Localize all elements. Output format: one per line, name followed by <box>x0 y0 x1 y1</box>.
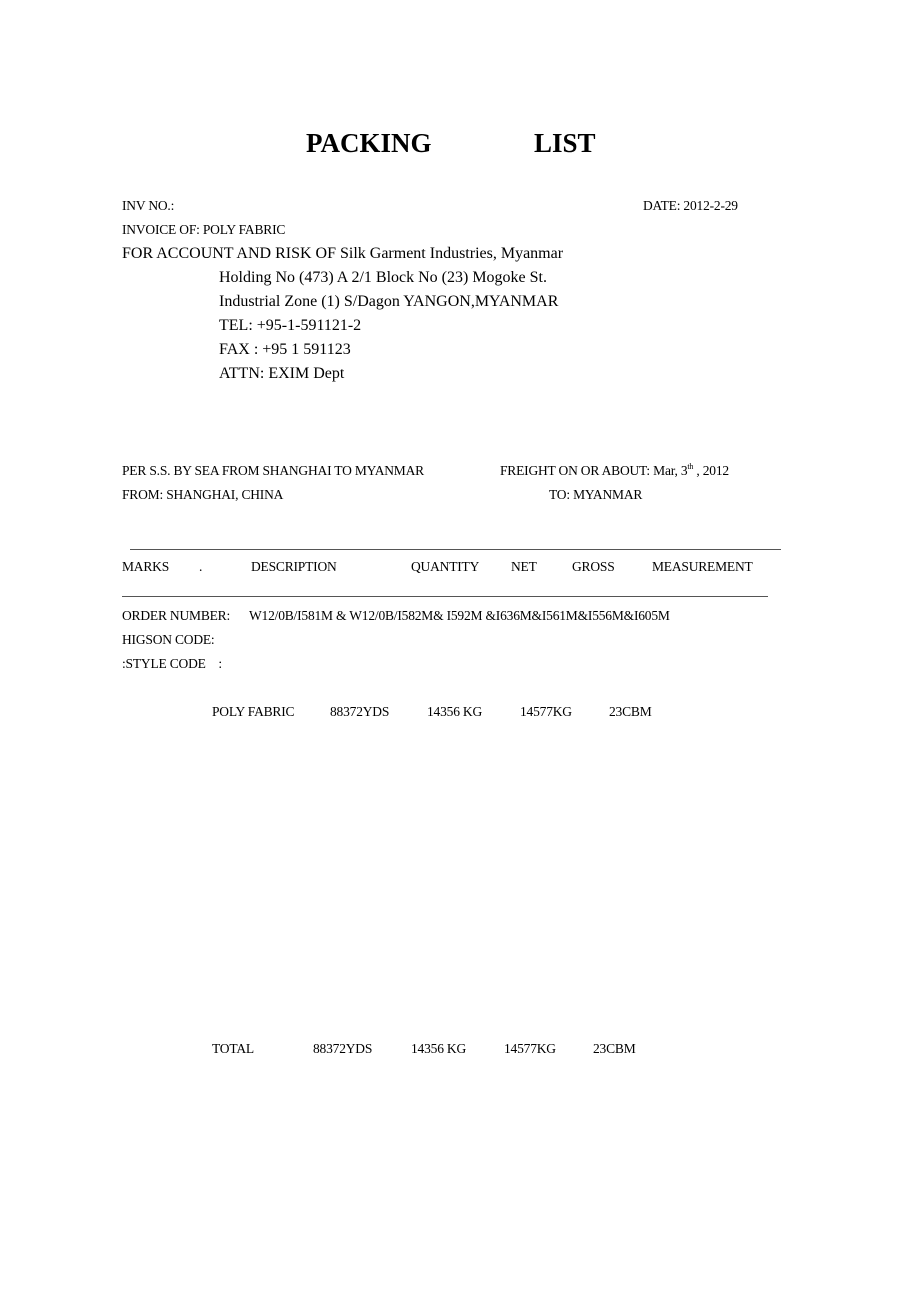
title-list: LIST <box>534 128 596 159</box>
shipping-to: TO: MYANMAR <box>549 487 642 503</box>
account-risk-line: FOR ACCOUNT AND RISK OF Silk Garment Ind… <box>122 245 563 263</box>
col-description: DESCRIPTION <box>251 559 337 575</box>
total-measurement: 23CBM <box>593 1041 636 1057</box>
col-net: NET <box>511 559 537 575</box>
invoice-of: INVOICE OF: POLY FABRIC <box>122 222 285 238</box>
total-net: 14356 KG <box>411 1041 466 1057</box>
total-label: TOTAL <box>212 1041 254 1057</box>
packing-list-page: { "title": { "word1": "PACKING", "word2"… <box>0 0 920 1302</box>
col-quantity: QUANTITY <box>411 559 479 575</box>
header-bottom-rule <box>122 596 768 597</box>
freight-suffix: , 2012 <box>693 463 729 478</box>
col-gross: GROSS <box>572 559 615 575</box>
date-field: DATE: 2012-2-29 <box>643 198 738 214</box>
freight-sup: th <box>687 462 693 471</box>
col-marks: MARKS <box>122 559 169 575</box>
row-quantity: 88372YDS <box>330 704 389 720</box>
fax-line: FAX : +95 1 591123 <box>219 341 351 359</box>
inv-no-label: INV NO.: <box>122 198 174 214</box>
col-dot: . <box>199 559 202 575</box>
freight-prefix: FREIGHT ON OR ABOUT: Mar, 3 <box>500 463 687 478</box>
shipping-from: FROM: SHANGHAI, CHINA <box>122 487 283 503</box>
style-code: :STYLE CODE : <box>122 656 222 672</box>
col-measurement: MEASUREMENT <box>652 559 753 575</box>
freight-date: FREIGHT ON OR ABOUT: Mar, 3th , 2012 <box>500 463 729 479</box>
attn-line: ATTN: EXIM Dept <box>219 365 344 383</box>
order-number-label: ORDER NUMBER: <box>122 608 230 624</box>
title-packing: PACKING <box>306 128 432 159</box>
higson-code: HIGSON CODE: <box>122 632 214 648</box>
tel-line: TEL: +95-1-591121-2 <box>219 317 361 335</box>
row-net: 14356 KG <box>427 704 482 720</box>
address-line-2: Industrial Zone (1) S/Dagon YANGON,MYANM… <box>219 293 558 311</box>
row-description: POLY FABRIC <box>212 704 294 720</box>
total-gross: 14577KG <box>504 1041 556 1057</box>
header-top-rule <box>130 549 781 550</box>
shipping-per: PER S.S. BY SEA FROM SHANGHAI TO MYANMAR <box>122 463 424 479</box>
order-number-value: W12/0B/I581M & W12/0B/I582M& I592M &I636… <box>249 608 670 624</box>
row-measurement: 23CBM <box>609 704 652 720</box>
address-line-1: Holding No (473) A 2/1 Block No (23) Mog… <box>219 269 547 287</box>
total-quantity: 88372YDS <box>313 1041 372 1057</box>
row-gross: 14577KG <box>520 704 572 720</box>
